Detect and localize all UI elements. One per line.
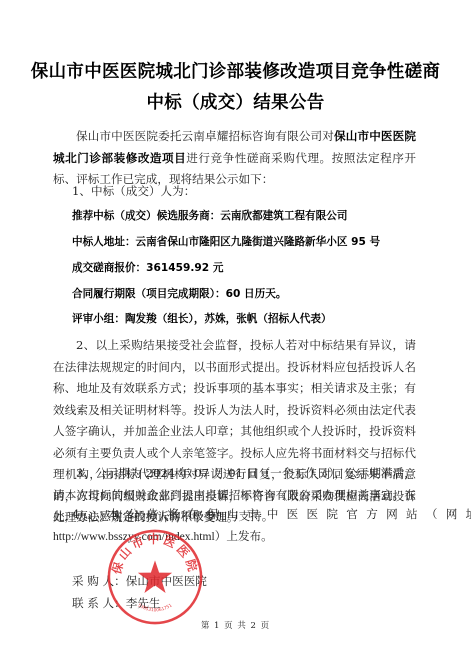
intro-paragraph: 保山市中医医院委托云南卓耀招标咨询有限公司对保山市中医医院城北门诊部装修改造项目… bbox=[53, 126, 416, 191]
price-line: 成交磋商报价：361459.92 元 bbox=[72, 260, 223, 275]
purchaser-line: 采 购 人：保山市中医医院 bbox=[72, 573, 207, 589]
document-title-line2: 中标（成交）结果公告 bbox=[0, 89, 471, 114]
document-page: 保山市中医医院城北门诊部装修改造项目竞争性磋商 中标（成交）结果公告 保山市中医… bbox=[0, 0, 471, 667]
document-title-line1: 保山市中医医院城北门诊部装修改造项目竞争性磋商 bbox=[0, 58, 471, 83]
winner-line: 推荐中标（成交）候选服务商：云南欣都建筑工程有限公司 bbox=[72, 208, 347, 223]
section1-heading: 1、中标（成交）人为： bbox=[72, 183, 195, 199]
section4-line1: 4、本公告将在保山市中医医院官方网站（网址： bbox=[72, 506, 471, 522]
website-url-link[interactable]: http://www.bsszyy.com/index.html）上发布。 bbox=[53, 528, 273, 544]
contact-line: 联 系 人：李先生 bbox=[72, 595, 161, 611]
review-panel-line: 评审小组：陶发羧（组长），苏姝，张帆（招标人代表） bbox=[72, 311, 332, 326]
intro-text-part1: 保山市中医医院委托云南卓耀招标咨询有限公司对 bbox=[76, 129, 334, 143]
page-number-footer: 第 1 页 共 2 页 bbox=[0, 619, 471, 631]
winner-address-line: 中标人地址：云南省保山市隆阳区九隆街道兴隆路新华小区 95 号 bbox=[72, 234, 380, 249]
duration-line: 合同履行期限（项目完成期限）：60 日历天。 bbox=[72, 286, 286, 301]
